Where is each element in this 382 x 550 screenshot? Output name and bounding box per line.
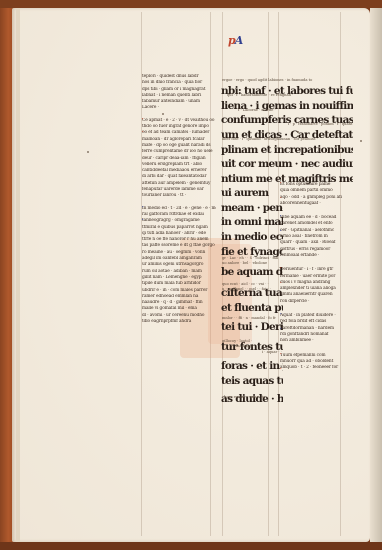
blue-initial-bracket <box>142 206 146 220</box>
gloss-line: tourlaner lanrou · tt · <box>142 193 216 199</box>
interlinear-gloss: uo anlore · bel · ·ebolone <box>222 261 267 265</box>
paper-speck <box>360 140 362 142</box>
interlinear-gloss: f · Laborne · marite · <box>238 108 276 112</box>
main-text-line: teis aquas tu <box>221 374 283 389</box>
header-letter-red: p <box>228 34 235 47</box>
main-text-line: meam · pene fui <box>221 201 283 216</box>
main-text-line: ui aurem <box>221 186 283 201</box>
left-gloss-column: teplori · quidest dnus labdr nos in dnio… <box>142 74 216 394</box>
gloss-block: teplori · quidest dnus labdr nos in dnio… <box>142 74 216 112</box>
gloss-line: ttmiral e quibus paparrot ngam <box>142 225 216 231</box>
paper-speck <box>162 113 164 115</box>
paper-speck <box>87 151 89 153</box>
gloss-line: deur · caripr deaa-iam · ffigian <box>142 156 216 162</box>
gloss-block: Deriuentur · i · f · inre gtr fermanie ·… <box>280 267 346 305</box>
binding-top-edge <box>0 0 382 8</box>
gloss-block: Tuum efpemanni com mnuorr qua ad · obold… <box>280 353 346 372</box>
red-initial-bracket <box>280 267 284 283</box>
manuscript-page: pA teplori · quidest dnus labdr nos in d… <box>12 8 370 542</box>
gloss-line: ron difpercle · <box>280 299 346 305</box>
gloss-line: In medio ed · t · 2d · e · gene · e · me… <box>142 206 216 212</box>
gloss-block: Ce apmat · e · 2 · v · dt veaithou oo th… <box>142 118 216 200</box>
gloss-line: non ambinmee · <box>280 338 346 344</box>
interlinear-gloss: · hvor rmuor · ·qnnr · te · <box>222 395 267 399</box>
interlinear-gloss: u · maffanel · · mel · · fai · · <box>222 287 271 291</box>
header-letter-blue: A <box>235 34 243 47</box>
main-text-line: foras · et in pla <box>221 359 283 374</box>
gloss-line: fenmoaal erfande · <box>280 253 346 259</box>
gloss-block: Aquaf · in plateif diuidere · red fola b… <box>280 313 346 344</box>
gloss-block: Bibe aquam ee · d · bocead parenet amomd… <box>280 215 346 259</box>
main-text-line: uit cor meum · nec audiui uocem doce <box>221 157 353 172</box>
blue-initial-bracket <box>280 215 284 231</box>
interlinear-gloss: ergoe · ergo · quod agdit labiones · in … <box>222 78 312 82</box>
gloss-line: oo ef ad team camatei · lumader <box>142 130 216 136</box>
paper-speck <box>297 131 299 133</box>
interlinear-gloss: quo ecnt · aicl · cc · vni · · <box>222 282 269 286</box>
running-header: pA <box>228 34 268 48</box>
main-text-line: et fluenta pu <box>221 301 283 316</box>
main-text-line: in medio eccle <box>221 230 283 245</box>
main-text-line: be aquam de <box>221 265 283 280</box>
gloss-line: amquob · t · 2 · feoneeer for <box>280 365 346 371</box>
gloss-line: ferre cumprelitame dr ioo ho uele <box>142 149 216 155</box>
interlinear-gloss: qui · f · hanoraamente · re rehgnan · <box>227 93 293 97</box>
blue-initial-bracket <box>280 313 284 329</box>
gloss-block: Et fons optumaire pame quia omnem partil… <box>280 182 346 207</box>
interlinear-gloss: mnlor · · ffi · n · mandal · fo fr <box>222 316 276 320</box>
interlinear-gloss: gillocoy · loatol · <box>222 339 252 343</box>
right-gloss-column: Et fons optumaire pame quia omnem partil… <box>280 182 346 412</box>
interlinear-gloss: i · aquar · · <box>262 350 282 354</box>
page-fore-edge <box>370 8 382 542</box>
interlinear-gloss: i · p · franonarte · ponhm · f · quant <box>288 122 352 126</box>
gloss-block: In medio ed · t · 2d · e · gene · e · me… <box>142 206 216 326</box>
main-text-line: tei tui · Deriue <box>221 320 283 335</box>
main-text-line: in omni malo · <box>221 215 283 230</box>
interlinear-gloss: gr · Lac · eh · · S · colrinci · mil <box>222 256 278 260</box>
gloss-line: ubdrir e · ih · com males parrer <box>142 288 216 294</box>
red-initial-bracket <box>280 353 284 369</box>
gloss-line: aqo · odd · a gnmpleg poni afi <box>280 195 346 201</box>
gloss-line: tdlo eagrnprpfmf ahdra <box>142 319 216 325</box>
gloss-line: abcorennentugaaf · <box>280 201 346 207</box>
gloss-line: di arbi dar · quat faleantatodar <box>142 174 216 180</box>
gloss-line: tas paffe ssoreme e dt g ffae gorgo <box>142 243 216 249</box>
red-initial-bracket <box>142 118 146 132</box>
red-initial-bracket <box>280 182 284 198</box>
gloss-line: dps tibi · gllam or i magnagrat <box>142 87 216 93</box>
interlinear-gloss: aber fote · i · qusaldo · ordurgnaunan ·… <box>222 137 318 141</box>
binding-bottom-edge <box>0 542 382 550</box>
main-text-line: plinam et increpationibus non acquie <box>221 143 353 158</box>
page-gutter <box>16 8 20 542</box>
main-text-narrow: ui aurem meam · pene fui in omni malo · … <box>221 186 283 526</box>
interlinear-gloss: i · v · mamugel · <box>226 344 255 348</box>
